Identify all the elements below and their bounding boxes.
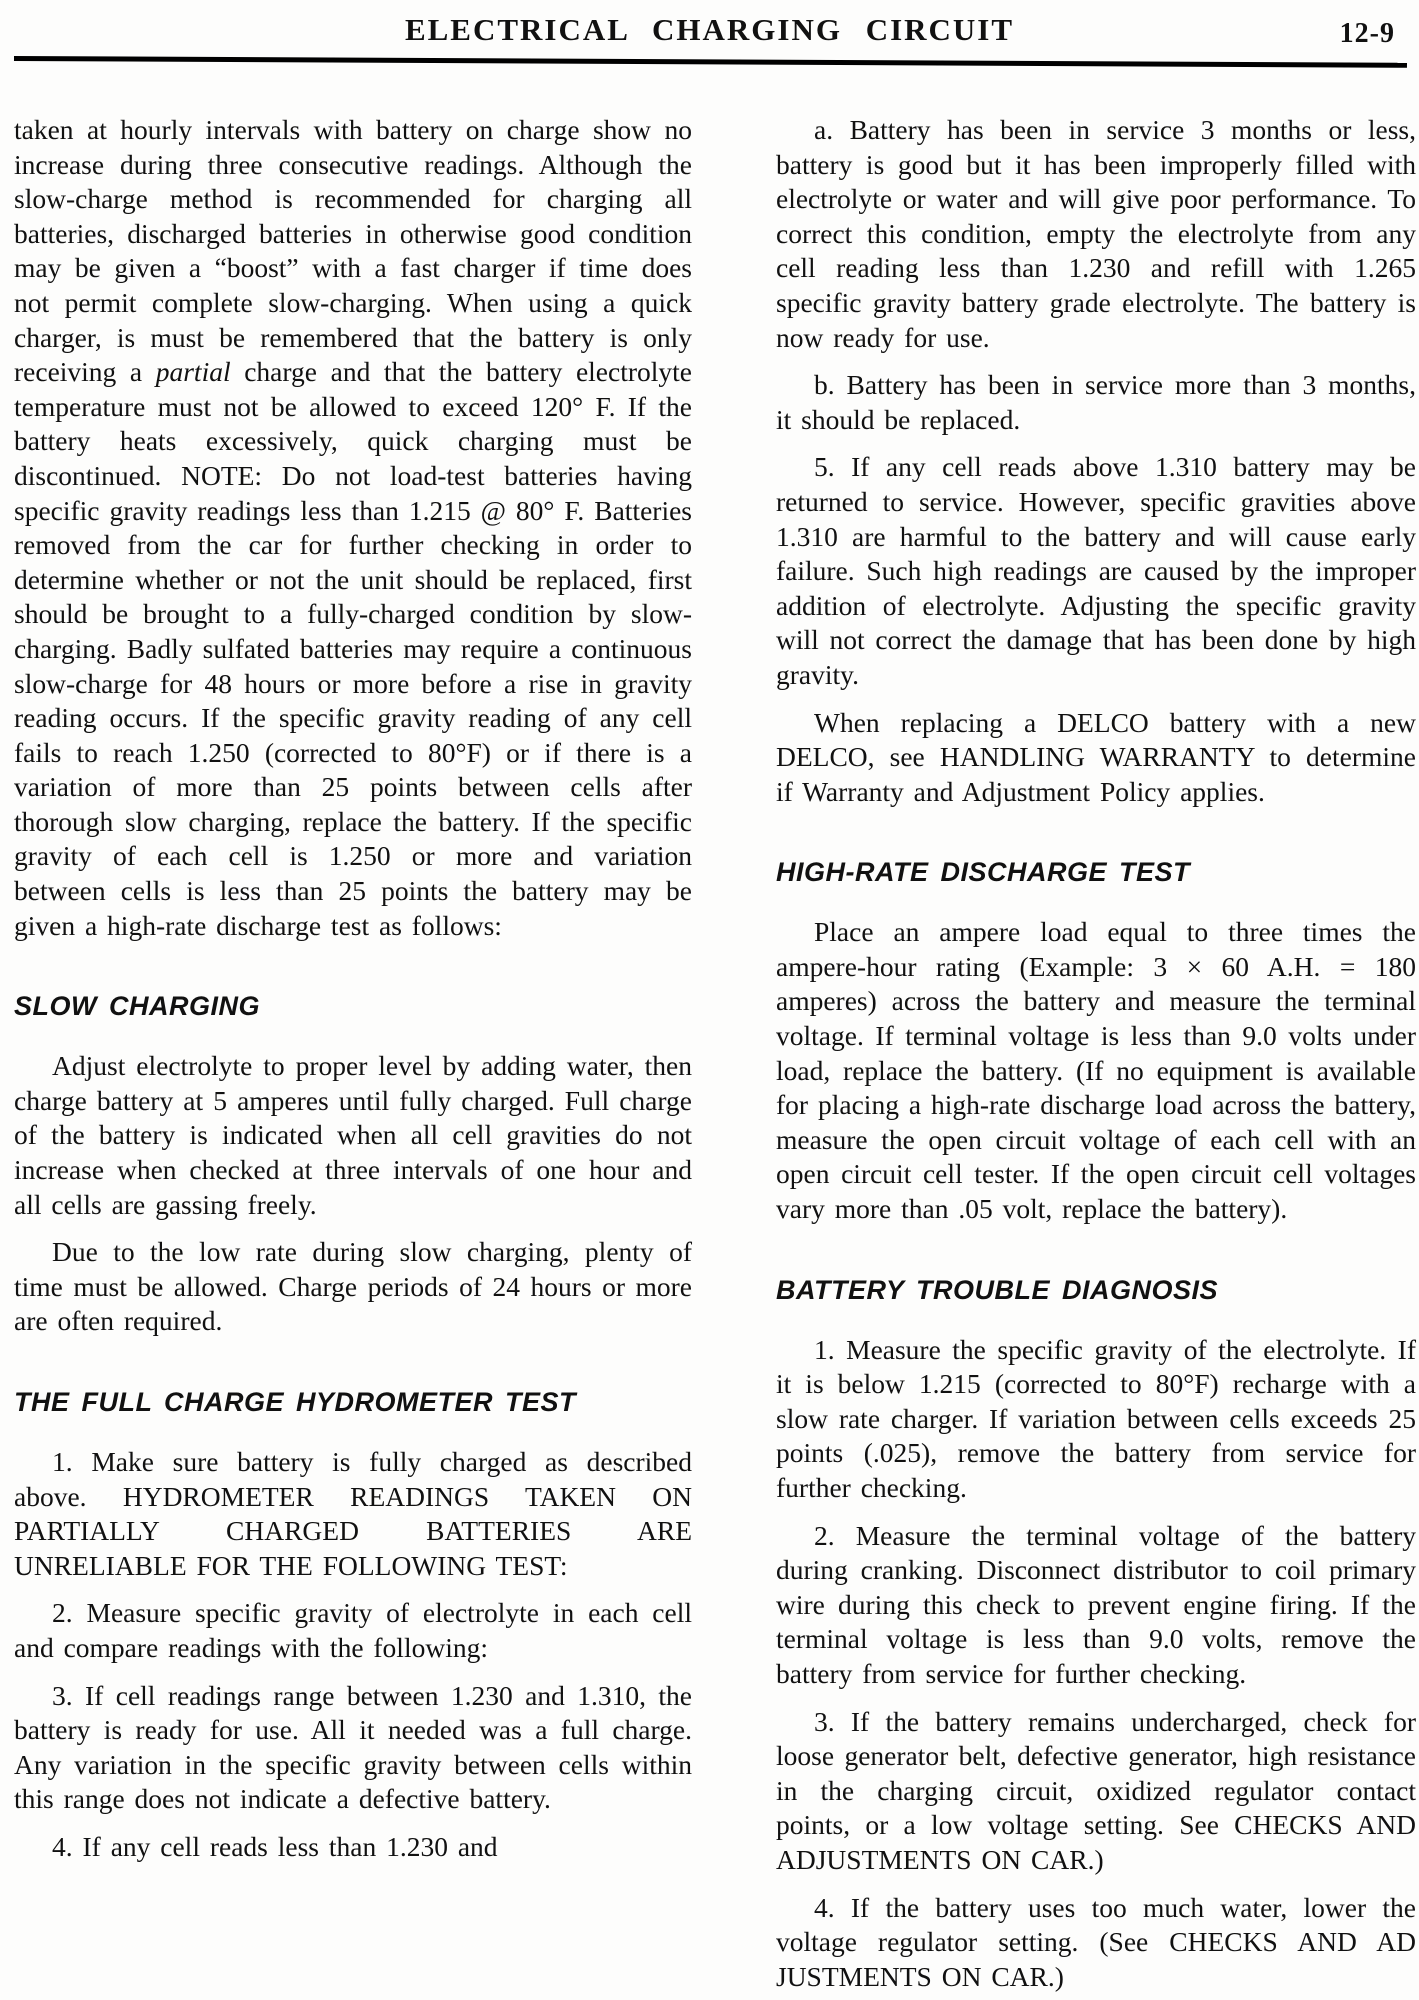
paragraph-intro-continuation: taken at hourly intervals with battery o… xyxy=(14,113,692,943)
right-column: a. Battery has been in service 3 months … xyxy=(776,111,1416,2000)
paragraph-slow-charging-duration: Due to the low rate during slow charging… xyxy=(14,1235,692,1339)
intro-text-continued: charge and that the battery electrolyte … xyxy=(14,356,692,941)
heading-high-rate-discharge-test: HIGH-RATE DISCHARGE TEST xyxy=(776,857,1416,888)
two-column-body: taken at hourly intervals with battery o… xyxy=(0,61,1419,2000)
page-header: ELECTRICAL CHARGING CIRCUIT 12-9 xyxy=(0,0,1419,50)
paragraph-hydrometer-step-3: 3. If cell readings range between 1.230 … xyxy=(14,1679,692,1817)
heading-slow-charging: SLOW CHARGING xyxy=(14,991,692,1022)
intro-text: taken at hourly intervals with battery o… xyxy=(14,114,692,387)
paragraph-delco-warranty: When replacing a DELCO battery with a ne… xyxy=(776,706,1416,810)
manual-page: ELECTRICAL CHARGING CIRCUIT 12-9 taken a… xyxy=(0,0,1419,2000)
heading-battery-trouble-diagnosis: BATTERY TROUBLE DIAGNOSIS xyxy=(776,1275,1416,1306)
paragraph-high-rate-discharge: Place an ampere load equal to three time… xyxy=(776,915,1416,1226)
paragraph-step-4a: a. Battery has been in service 3 months … xyxy=(776,113,1416,355)
paragraph-hydrometer-step-5: 5. If any cell reads above 1.310 battery… xyxy=(776,450,1416,692)
paragraph-hydrometer-step-2: 2. Measure specific gravity of electroly… xyxy=(14,1596,692,1665)
paragraph-diagnosis-step-3: 3. If the battery remains undercharged, … xyxy=(776,1705,1416,1878)
page-title: ELECTRICAL CHARGING CIRCUIT xyxy=(0,12,1419,48)
heading-full-charge-hydrometer-test: THE FULL CHARGE HYDROMETER TEST xyxy=(14,1387,692,1418)
paragraph-diagnosis-step-2: 2. Measure the terminal voltage of the b… xyxy=(776,1519,1416,1692)
paragraph-slow-charging-adjust: Adjust electrolyte to proper level by ad… xyxy=(14,1049,692,1222)
paragraph-diagnosis-step-4: 4. If the battery uses too much water, l… xyxy=(776,1891,1416,1995)
paragraph-diagnosis-step-1: 1. Measure the specific gravity of the e… xyxy=(776,1333,1416,1506)
paragraph-hydrometer-step-4: 4. If any cell reads less than 1.230 and xyxy=(14,1830,692,1865)
paragraph-step-4b: b. Battery has been in service more than… xyxy=(776,368,1416,437)
left-column: taken at hourly intervals with battery o… xyxy=(14,111,692,2000)
paragraph-hydrometer-step-1: 1. Make sure battery is fully charged as… xyxy=(14,1445,692,1583)
page-number: 12-9 xyxy=(1340,18,1395,50)
intro-italic-word: partial xyxy=(156,356,231,387)
